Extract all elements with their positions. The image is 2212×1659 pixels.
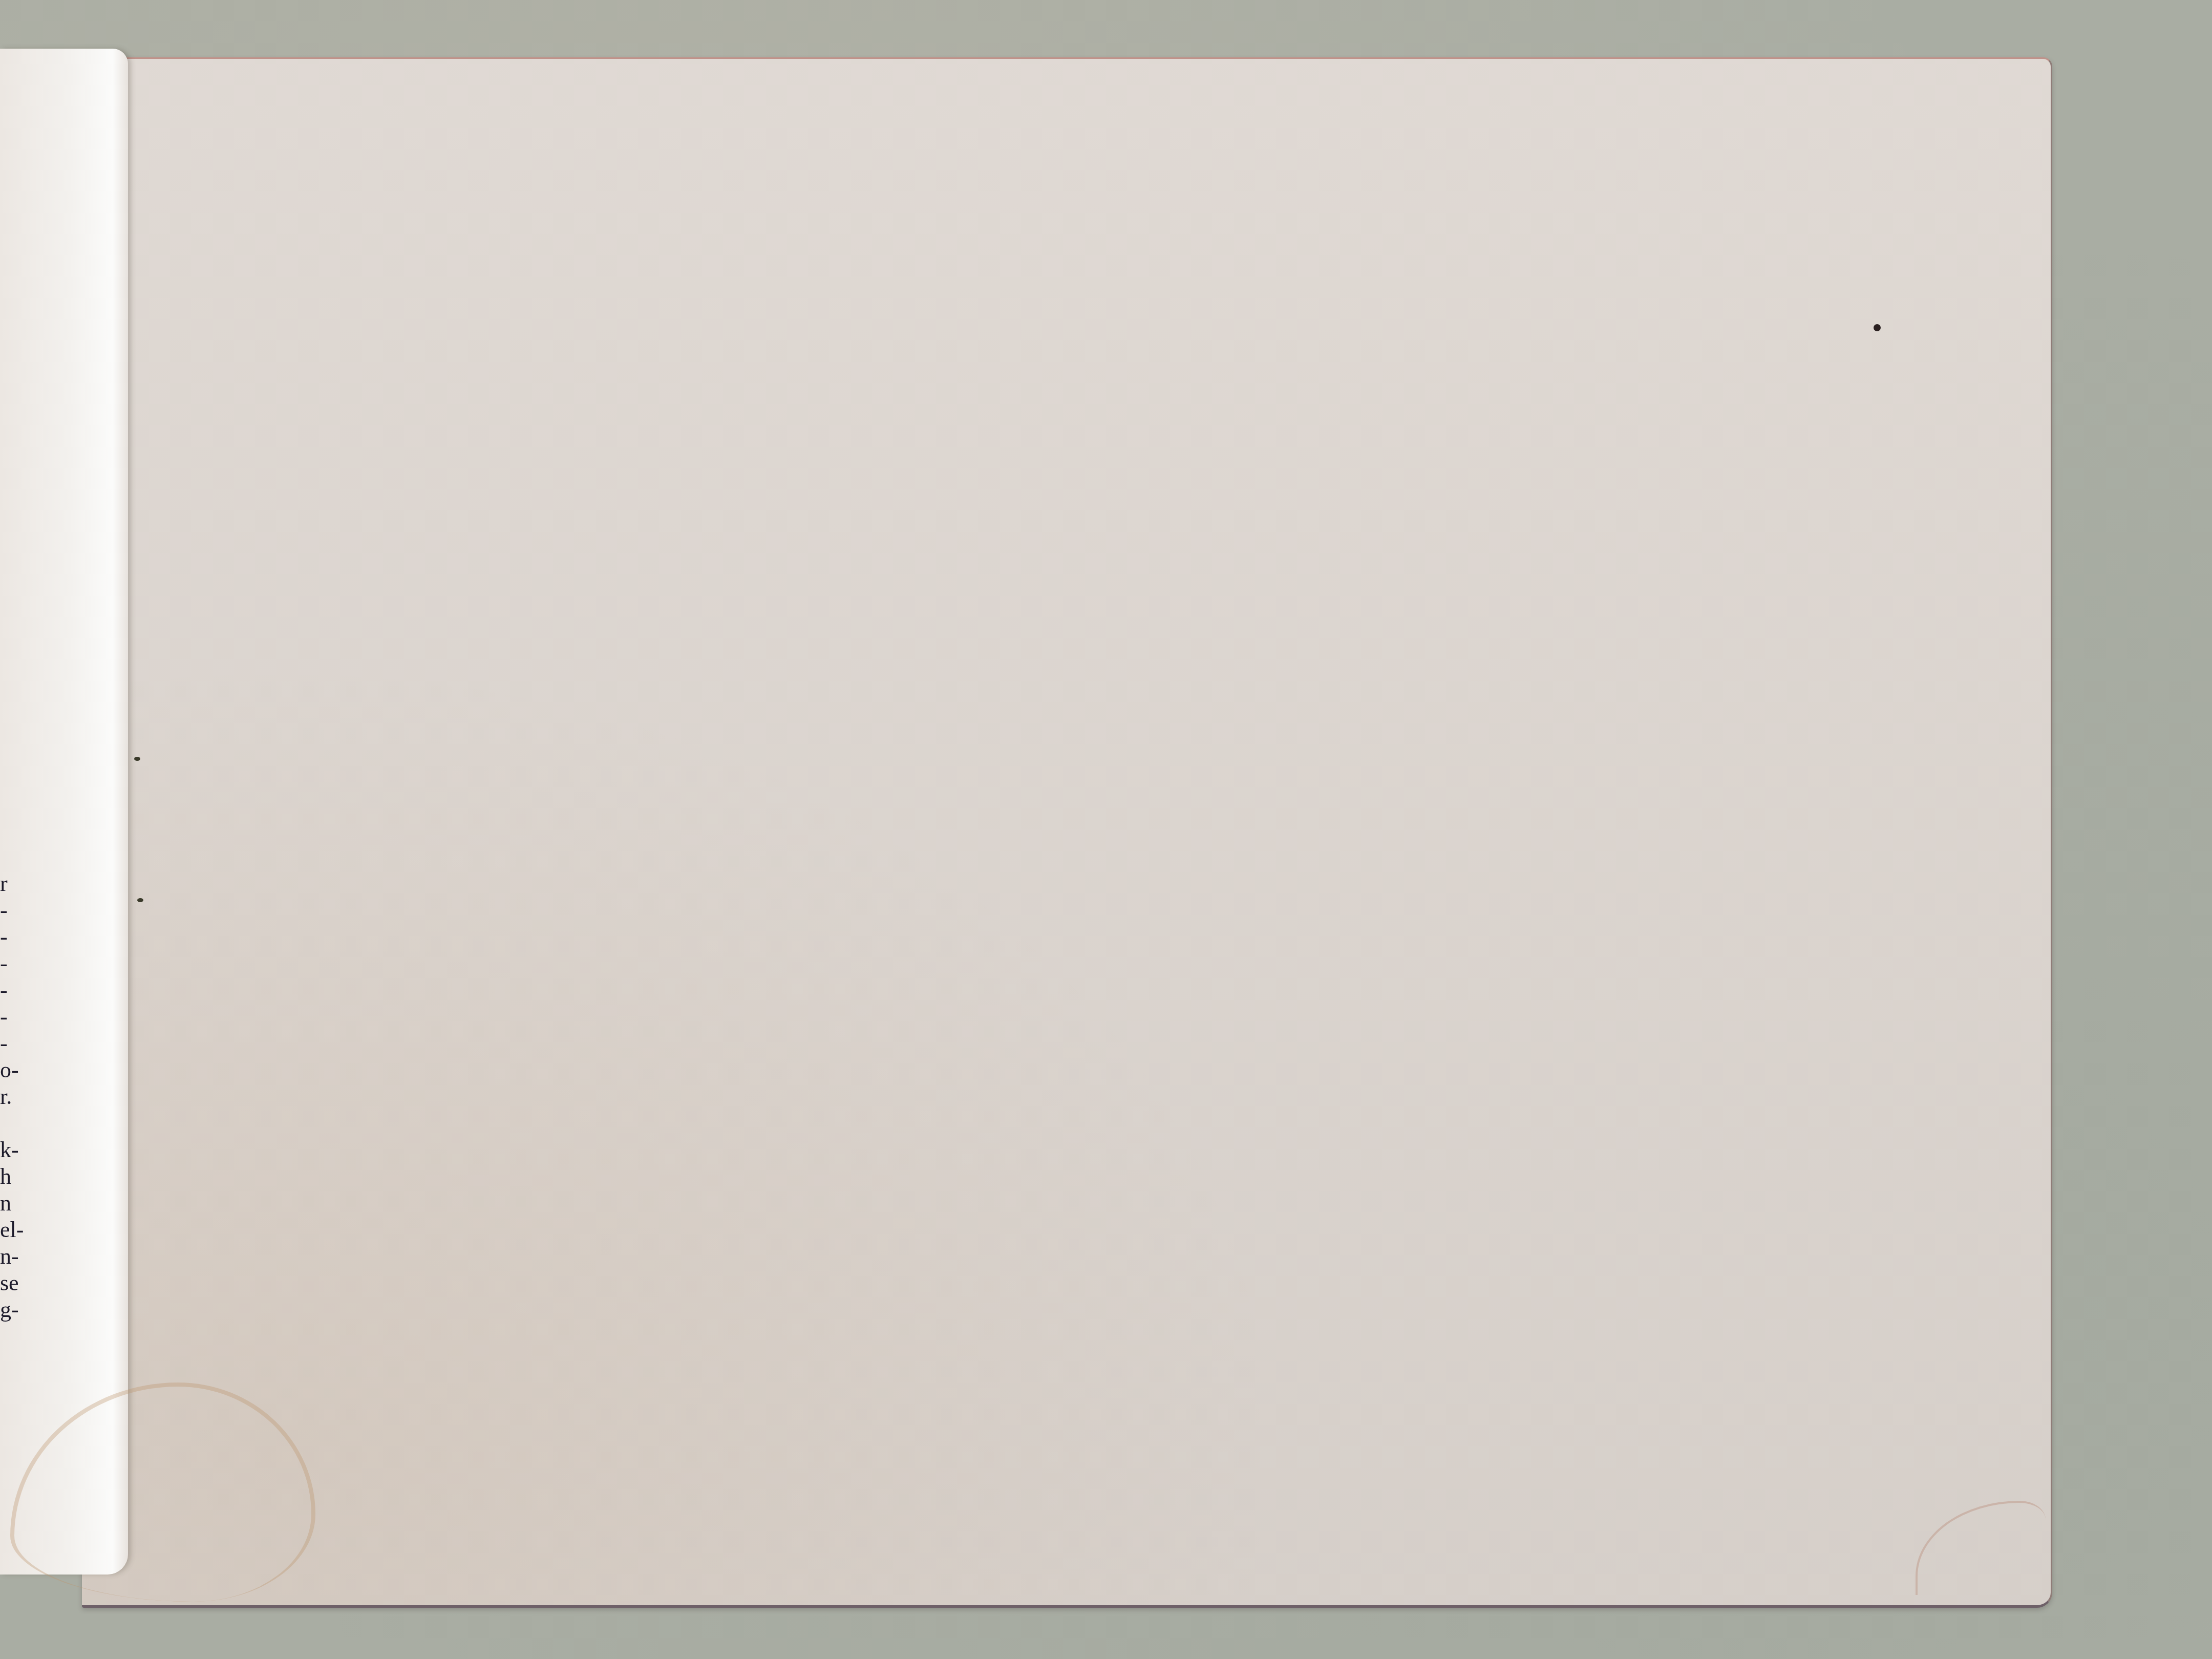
corner-stain: [1916, 1501, 2046, 1595]
previous-page-fragment: el-: [0, 1217, 31, 1243]
previous-page-fragment: -: [0, 1004, 31, 1030]
previous-page-text-fragments: r------o-r.k-hnel-n-seg-: [0, 870, 31, 1323]
previous-page-fragment: g-: [0, 1296, 31, 1323]
previous-page-fragment: h: [0, 1163, 31, 1190]
previous-page-fragment: -: [0, 950, 31, 977]
previous-page-fragment: -: [0, 1030, 31, 1057]
previous-page-fragment: r.: [0, 1083, 31, 1110]
binding-staple-mark: [134, 757, 140, 761]
ink-dot: [1874, 324, 1881, 331]
document-page: [82, 57, 2052, 1608]
previous-page-fragment: o-: [0, 1057, 31, 1083]
previous-page-fragment: -: [0, 897, 31, 924]
previous-page-fragment: [0, 1110, 31, 1137]
previous-page-fragment: k-: [0, 1137, 31, 1163]
previous-page-fragment: -: [0, 977, 31, 1004]
binding-staple-mark: [137, 898, 143, 902]
previous-page-fragment: se: [0, 1270, 31, 1296]
previous-page-fragment: r: [0, 870, 31, 897]
previous-page-fragment: -: [0, 924, 31, 950]
previous-page-fragment: n-: [0, 1243, 31, 1270]
previous-page-fragment: n: [0, 1190, 31, 1217]
previous-page-edge: [0, 49, 128, 1575]
